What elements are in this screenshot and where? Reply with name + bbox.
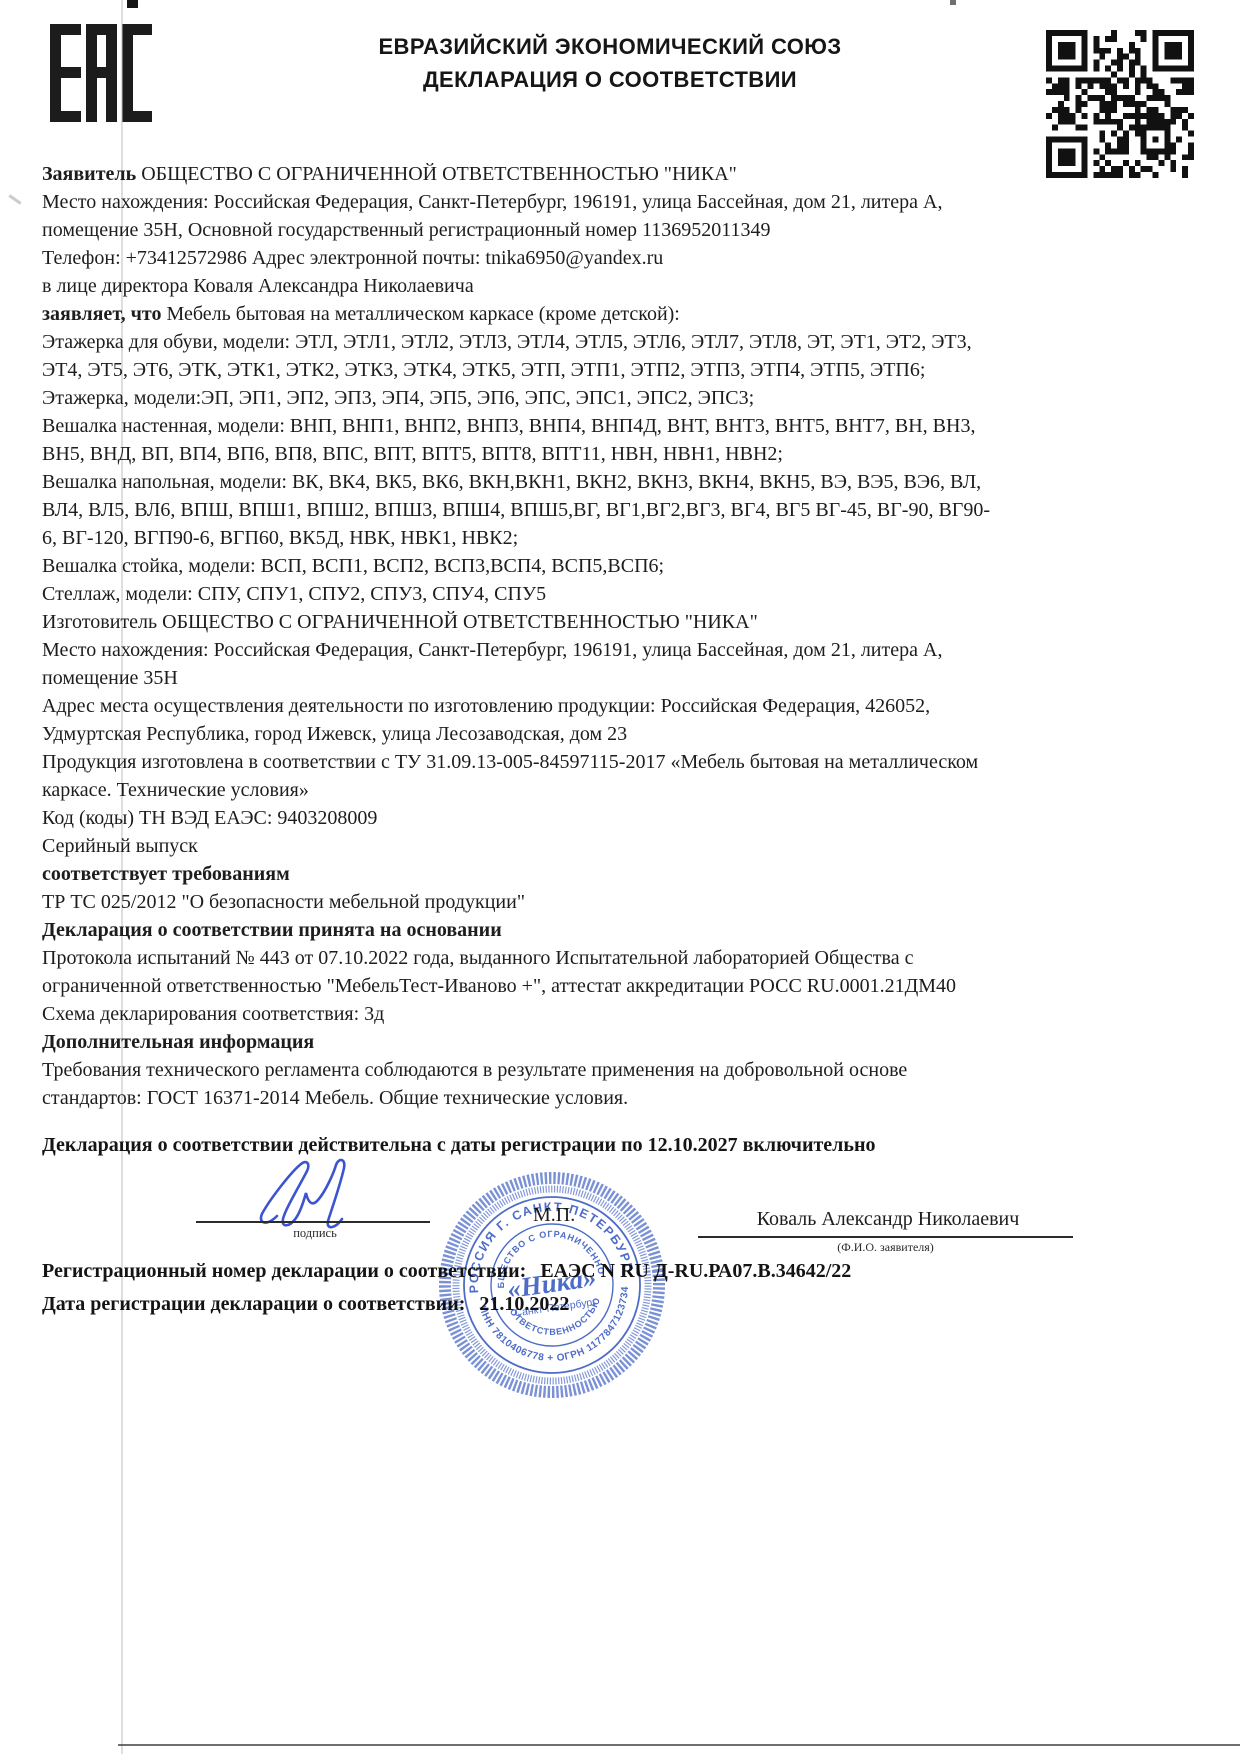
- scan-edge-line: [118, 1744, 1240, 1746]
- applicant-name-line: [698, 1236, 1073, 1238]
- applicant-name: Коваль Александр Николаевич: [703, 1208, 1073, 1231]
- body-line: Адрес места осуществления деятельности п…: [42, 692, 1212, 720]
- body-line: помещение 35Н: [42, 664, 1212, 692]
- body-line: 6, ВГ-120, ВГП90-6, ВГП60, ВК5Д, НВК, НВ…: [42, 524, 1212, 552]
- body-line: Заявитель ОБЩЕСТВО С ОГРАНИЧЕННОЙ ОТВЕТС…: [42, 160, 1212, 188]
- body-line: Дополнительная информация: [42, 1028, 1212, 1056]
- body-line: Изготовитель ОБЩЕСТВО С ОГРАНИЧЕННОЙ ОТВ…: [42, 608, 1212, 636]
- body-line: Декларация о соответствии принята на осн…: [42, 916, 1212, 944]
- scan-artifact: [127, 0, 138, 8]
- header-union-title: ЕВРАЗИЙСКИЙ ЭКОНОМИЧЕСКИЙ СОЮЗ: [300, 30, 920, 63]
- body-line: в лице директора Коваля Александра Никол…: [42, 272, 1212, 300]
- body-line: Продукция изготовлена в соответствии с Т…: [42, 748, 1212, 776]
- body-line: Место нахождения: Российская Федерация, …: [42, 636, 1212, 664]
- body-line: Стеллаж, модели: СПУ, СПУ1, СПУ2, СПУ3, …: [42, 580, 1212, 608]
- body-line: ВН5, ВНД, ВП, ВП4, ВП6, ВП8, ВПС, ВПТ, В…: [42, 440, 1212, 468]
- body-line: стандартов: ГОСТ 16371-2014 Мебель. Общи…: [42, 1084, 1212, 1112]
- signature-line: [196, 1221, 430, 1223]
- body-line: соответствует требованиям: [42, 860, 1212, 888]
- body-line: Требования технического регламента соблю…: [42, 1056, 1212, 1084]
- body-line: Серийный выпуск: [42, 832, 1212, 860]
- header-doc-title: ДЕКЛАРАЦИЯ О СООТВЕТСТВИИ: [300, 63, 920, 96]
- body-line: Удмуртская Республика, город Ижевск, ули…: [42, 720, 1212, 748]
- registration-date-label: Дата регистрации декларации о соответств…: [42, 1293, 465, 1315]
- document-header: ЕВРАЗИЙСКИЙ ЭКОНОМИЧЕСКИЙ СОЮЗ ДЕКЛАРАЦИ…: [300, 30, 920, 96]
- body-line: заявляет, что Мебель бытовая на металлич…: [42, 300, 1212, 328]
- body-line: Этажерка для обуви, модели: ЭТЛ, ЭТЛ1, Э…: [42, 328, 1212, 356]
- body-line: Этажерка, модели:ЭП, ЭП1, ЭП2, ЭП3, ЭП4,…: [42, 384, 1212, 412]
- body-line: Схема декларирования соответствия: 3д: [42, 1000, 1212, 1028]
- scan-artifact: [950, 0, 956, 5]
- body-line: ВЛ4, ВЛ5, ВЛ6, ВПШ, ВПШ1, ВПШ2, ВПШ3, ВП…: [42, 496, 1212, 524]
- validity-statement: Декларация о соответствии действительна …: [42, 1134, 1192, 1157]
- applicant-name-caption: (Ф.И.О. заявителя): [698, 1240, 1073, 1255]
- body-line: Вешалка напольная, модели: ВК, ВК4, ВК5,…: [42, 468, 1212, 496]
- body-line: Протокола испытаний № 443 от 07.10.2022 …: [42, 944, 1212, 972]
- declaration-document: ЕВРАЗИЙСКИЙ ЭКОНОМИЧЕСКИЙ СОЮЗ ДЕКЛАРАЦИ…: [0, 0, 1240, 1754]
- scan-artifact: [8, 194, 21, 204]
- qr-code: [1046, 30, 1194, 178]
- body-line: каркасе. Технические условия»: [42, 776, 1212, 804]
- body-line: Место нахождения: Российская Федерация, …: [42, 188, 1212, 216]
- body-line: Вешалка стойка, модели: ВСП, ВСП1, ВСП2,…: [42, 552, 1212, 580]
- body-line: ограниченной ответственностью "МебельТес…: [42, 972, 1212, 1000]
- body-line: Телефон: +73412572986 Адрес электронной …: [42, 244, 1212, 272]
- body-line: Код (коды) ТН ВЭД ЕАЭС: 9403208009: [42, 804, 1212, 832]
- body-line: помещение 35Н, Основной государственный …: [42, 216, 1212, 244]
- eac-mark-icon: [50, 24, 152, 124]
- signature-caption: подпись: [250, 1226, 380, 1241]
- body-line: ЭТ4, ЭТ5, ЭТ6, ЭТК, ЭТК1, ЭТК2, ЭТК3, ЭТ…: [42, 356, 1212, 384]
- body-line: ТР ТС 025/2012 "О безопасности мебельной…: [42, 888, 1212, 916]
- company-stamp: РОССИЯ Г. САНКТ-ПЕТЕРБУРГ ИНН 7810406778…: [437, 1170, 667, 1400]
- body-line: Вешалка настенная, модели: ВНП, ВНП1, ВН…: [42, 412, 1212, 440]
- body-text: Заявитель ОБЩЕСТВО С ОГРАНИЧЕННОЙ ОТВЕТС…: [42, 160, 1212, 1112]
